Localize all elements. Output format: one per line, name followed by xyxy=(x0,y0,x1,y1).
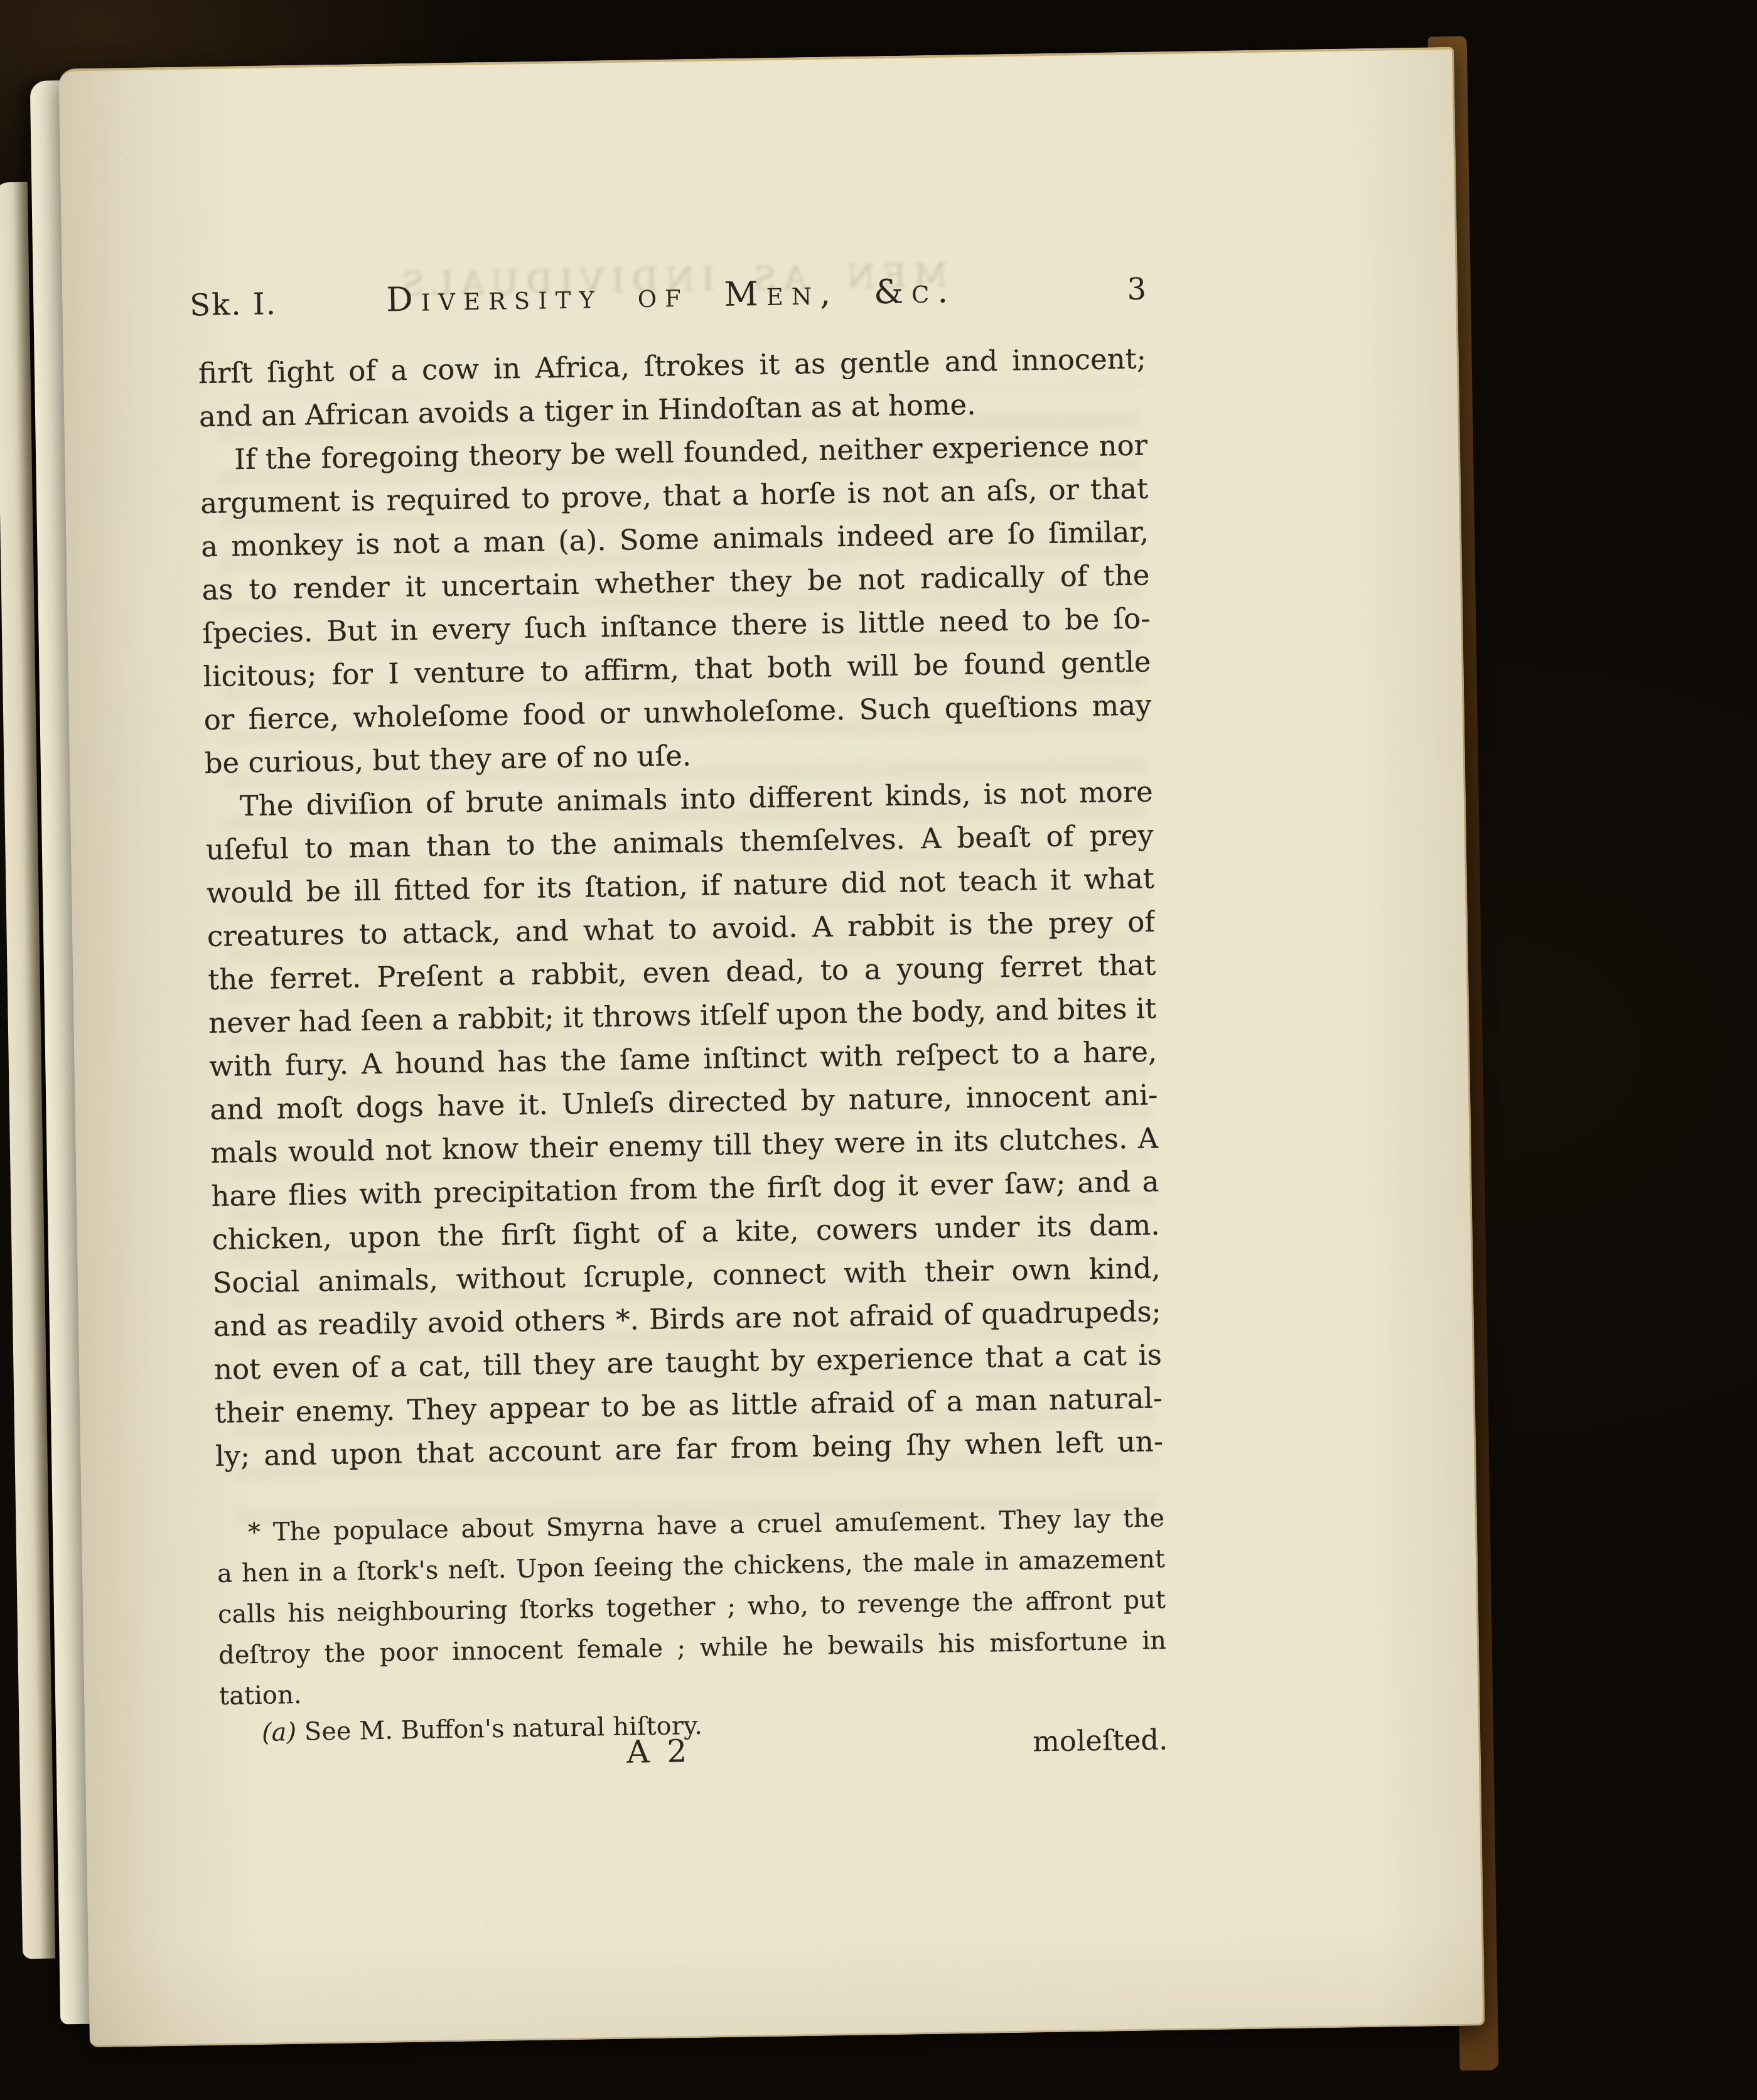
signature-mark: A 2 xyxy=(626,1733,691,1770)
page-content: MEN AS INDIVIDUALS Sk. I. Diversity of M… xyxy=(193,55,1172,2043)
book-page: MEN AS INDIVIDUALS Sk. I. Diversity of M… xyxy=(58,47,1485,2048)
page-number: 3 xyxy=(1127,271,1146,306)
catchword: moleſted. xyxy=(1033,1723,1168,1758)
body-text: firſt ſight of a cow in Africa, ſtrokes … xyxy=(198,337,1163,1478)
book-photo: { "photo": { "background_color": "#0e0a0… xyxy=(0,0,1757,2100)
footnote-a-marker: (a) xyxy=(262,1718,297,1747)
footnote-asterisk: * The populace about Smyrna have a cruel… xyxy=(217,1498,1168,1717)
